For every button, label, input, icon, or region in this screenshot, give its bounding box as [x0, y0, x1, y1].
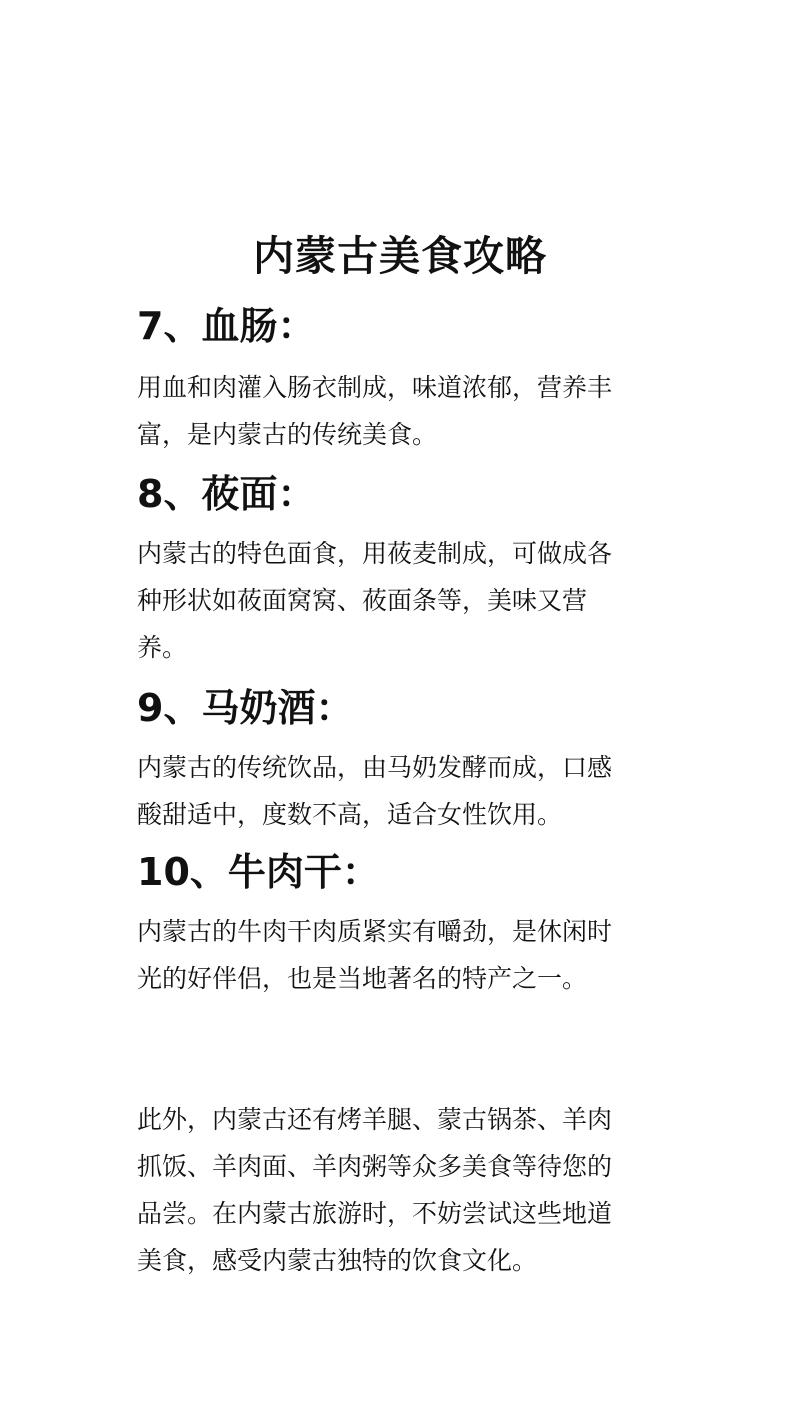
section-heading-blood-sausage: 7、血肠： — [137, 300, 315, 352]
body-line: 富，是内蒙古的传统美食。 — [137, 411, 677, 458]
page-title: 内蒙古美食攻略 — [0, 228, 800, 284]
section-heading-mare-milk-wine: 9、马奶酒： — [137, 682, 353, 734]
section-body-beef-jerky: 内蒙古的牛肉干肉质紧实有嚼劲，是休闲时 光的好伴侣，也是当地著名的特产之一。 — [137, 908, 677, 1002]
section-heading-beef-jerky: 10、牛肉干： — [137, 846, 380, 898]
document-page: 内蒙古美食攻略 7、血肠： 用血和肉灌入肠衣制成，味道浓郁，营养丰 富，是内蒙古… — [0, 0, 800, 1422]
body-line: 美食，感受内蒙古独特的饮食文化。 — [137, 1237, 677, 1284]
body-line: 光的好伴侣，也是当地著名的特产之一。 — [137, 955, 677, 1002]
body-line: 用血和肉灌入肠衣制成，味道浓郁，营养丰 — [137, 364, 677, 411]
body-line: 内蒙古的牛肉干肉质紧实有嚼劲，是休闲时 — [137, 908, 677, 955]
conclusion-paragraph: 此外，内蒙古还有烤羊腿、蒙古锅茶、羊肉 抓饭、羊肉面、羊肉粥等众多美食等待您的 … — [137, 1096, 677, 1284]
body-line: 品尝。在内蒙古旅游时，不妨尝试这些地道 — [137, 1190, 677, 1237]
section-heading-oat-noodles: 8、莜面： — [137, 468, 315, 520]
body-line: 养。 — [137, 624, 677, 671]
body-line: 抓饭、羊肉面、羊肉粥等众多美食等待您的 — [137, 1143, 677, 1190]
body-line: 酸甜适中，度数不高，适合女性饮用。 — [137, 791, 677, 838]
body-line: 种形状如莜面窝窝、莜面条等，美味又营 — [137, 577, 677, 624]
section-body-blood-sausage: 用血和肉灌入肠衣制成，味道浓郁，营养丰 富，是内蒙古的传统美食。 — [137, 364, 677, 458]
section-body-oat-noodles: 内蒙古的特色面食，用莜麦制成，可做成各 种形状如莜面窝窝、莜面条等，美味又营 养… — [137, 530, 677, 671]
body-line: 内蒙古的传统饮品，由马奶发酵而成，口感 — [137, 744, 677, 791]
body-line: 内蒙古的特色面食，用莜麦制成，可做成各 — [137, 530, 677, 577]
body-line: 此外，内蒙古还有烤羊腿、蒙古锅茶、羊肉 — [137, 1096, 677, 1143]
section-body-mare-milk-wine: 内蒙古的传统饮品，由马奶发酵而成，口感 酸甜适中，度数不高，适合女性饮用。 — [137, 744, 677, 838]
